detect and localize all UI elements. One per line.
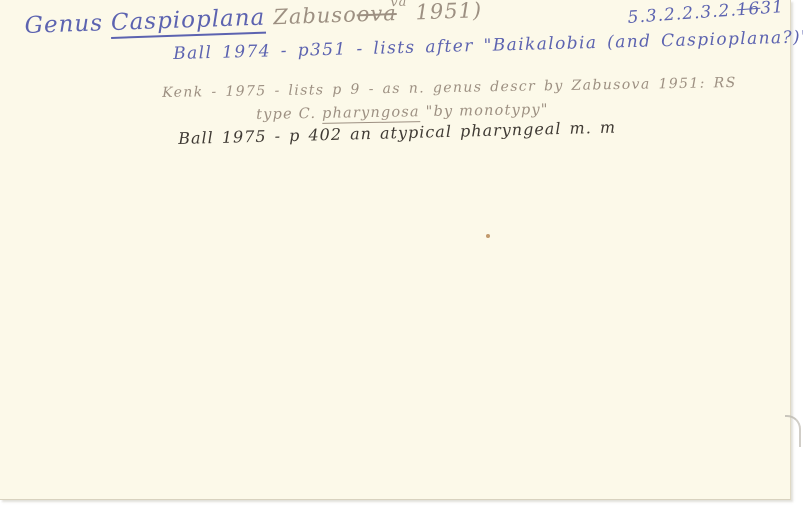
ink-speck <box>486 234 490 238</box>
genus-name: Caspioplana <box>111 5 266 39</box>
catalog-code: 5.3.2.2.3.2.1631 <box>627 0 785 28</box>
type-suffix: "by monotypy" <box>420 102 549 120</box>
author-base: Zabuso <box>273 2 357 29</box>
author-year: 1951) <box>415 0 482 24</box>
type-species-name: pharyngosa <box>322 104 420 124</box>
genus-title-line: GenusCaspioplanaZabusoovava 1951) <box>24 0 483 39</box>
catalog-code-prefix: 5.3.2.2.3.2. <box>627 0 737 28</box>
index-card: GenusCaspioplanaZabusoovava 1951) 5.3.2.… <box>0 0 791 500</box>
catalog-code-struck: 16 <box>736 0 761 20</box>
author-citation: Zabusoovava 1951) <box>273 0 483 29</box>
catalog-code-suffix: 31 <box>760 0 785 19</box>
entry-ball-1974: Ball 1974 - p351 - lists after "Baikalob… <box>173 27 803 64</box>
author-correction: va <box>390 0 408 10</box>
genus-label: Genus <box>24 10 103 39</box>
scan-artifact-curve <box>785 415 801 447</box>
entry-kenk-1975: Kenk - 1975 - lists p 9 - as n. genus de… <box>162 75 737 101</box>
type-prefix: type C. <box>256 106 322 123</box>
scanned-page: GenusCaspioplanaZabusoovava 1951) 5.3.2.… <box>0 0 803 506</box>
